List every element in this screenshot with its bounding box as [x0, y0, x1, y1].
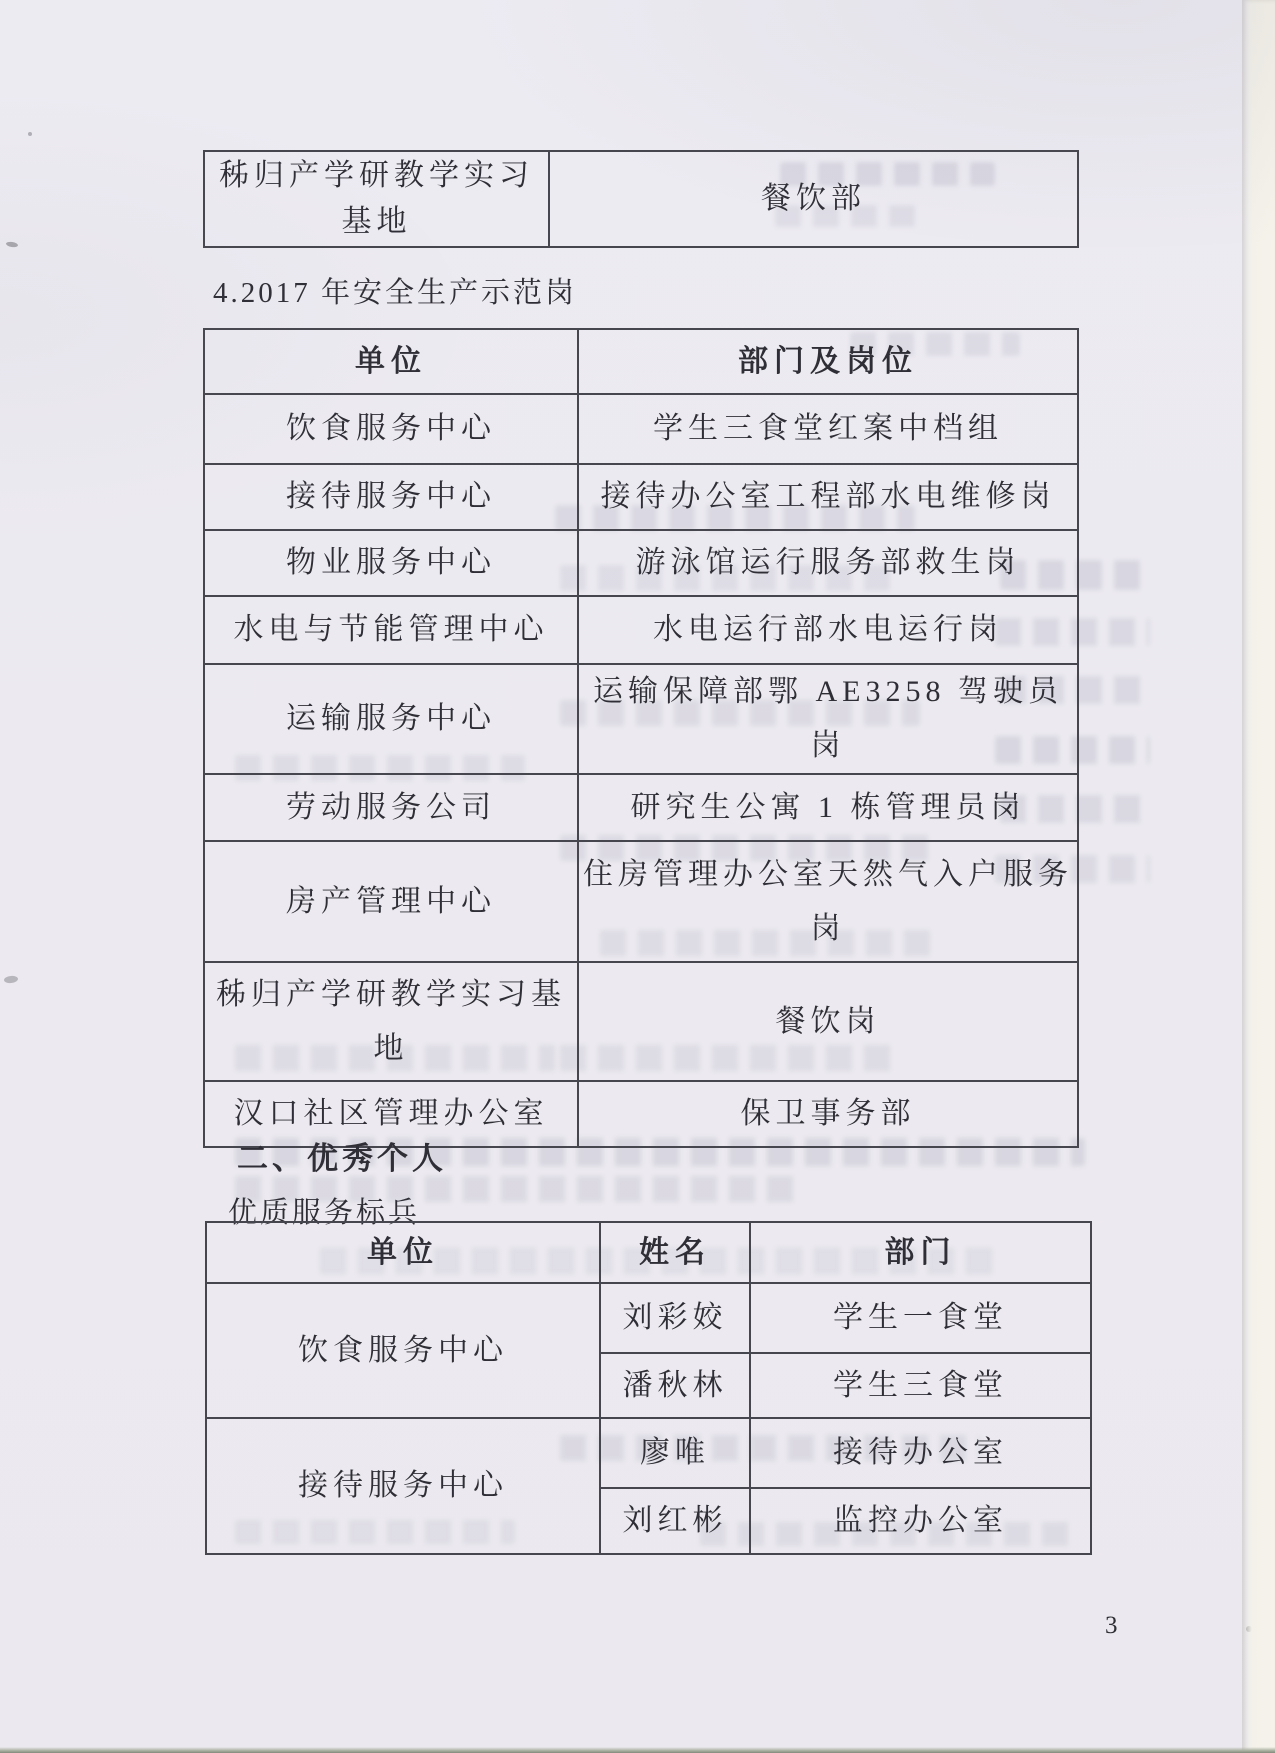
table-row: 物业服务中心 游泳馆运行服务部救生岗	[204, 530, 1078, 596]
dept-cell: 研究生公寓 1 栋管理员岗	[578, 774, 1078, 841]
dept-cell: 餐饮岗	[578, 962, 1078, 1081]
scan-speck	[4, 975, 19, 983]
unit-cell: 饮食服务中心	[206, 1283, 600, 1418]
table-row: 水电与节能管理中心 水电运行部水电运行岗	[204, 596, 1078, 664]
unit-cell: 水电与节能管理中心	[204, 596, 578, 664]
name-cell: 潘秋林	[600, 1353, 750, 1418]
table-row: 秭归产学研教学实习基 地 餐饮岗	[204, 962, 1078, 1081]
dept-cell: 接待办公室	[750, 1418, 1091, 1488]
dept-cell: 住房管理办公室天然气入户服务 岗	[578, 841, 1078, 962]
service-model-table: 单位 姓名 部门 饮食服务中心 刘彩姣 学生一食堂 潘秋林 学生三食堂 接待服务…	[205, 1221, 1092, 1555]
page-number: 3	[1105, 1612, 1119, 1640]
scan-edge-bottom	[0, 1747, 1275, 1753]
column-header-unit: 单位	[204, 329, 578, 394]
name-cell: 廖唯	[600, 1418, 750, 1488]
carryover-table: 秭归产学研教学实习 基地 餐饮部	[203, 150, 1079, 248]
table-row: 饮食服务中心 刘彩姣 学生一食堂	[206, 1283, 1091, 1353]
safety-demo-table: 单位 部门及岗位 饮食服务中心 学生三食堂红案中档组 接待服务中心 接待办公室工…	[203, 328, 1079, 1148]
table-row: 房产管理中心 住房管理办公室天然气入户服务 岗	[204, 841, 1078, 962]
unit-cell: 劳动服务公司	[204, 774, 578, 841]
table-row: 劳动服务公司 研究生公寓 1 栋管理员岗	[204, 774, 1078, 841]
table-row: 饮食服务中心 学生三食堂红案中档组	[204, 394, 1078, 464]
table-header-row: 单位 部门及岗位	[204, 329, 1078, 394]
dept-cell: 学生一食堂	[750, 1283, 1091, 1353]
column-header-dept: 部门及岗位	[578, 329, 1078, 394]
name-cell: 刘红彬	[600, 1488, 750, 1554]
table-row: 秭归产学研教学实习 基地 餐饮部	[204, 151, 1078, 247]
section2-heading: 二、优秀个人	[237, 1133, 447, 1178]
unit-cell: 秭归产学研教学实习 基地	[204, 151, 549, 247]
table-header-row: 单位 姓名 部门	[206, 1222, 1091, 1283]
table-row: 接待服务中心 接待办公室工程部水电维修岗	[204, 464, 1078, 530]
dept-cell: 餐饮部	[549, 151, 1078, 247]
scan-speck	[6, 241, 19, 248]
unit-cell: 饮食服务中心	[204, 394, 578, 464]
column-header-dept: 部门	[750, 1222, 1091, 1283]
dept-cell: 运输保障部鄂 AE3258 驾驶员岗	[578, 664, 1078, 774]
column-header-unit: 单位	[206, 1222, 600, 1283]
unit-cell: 接待服务中心	[206, 1418, 600, 1554]
section4-heading: 4.2017 年安全生产示范岗	[213, 270, 577, 311]
unit-cell: 接待服务中心	[204, 464, 578, 530]
column-header-name: 姓名	[600, 1222, 750, 1283]
scan-speck	[28, 132, 32, 136]
dept-cell: 学生三食堂	[750, 1353, 1091, 1418]
dept-cell: 学生三食堂红案中档组	[578, 394, 1078, 464]
unit-cell: 秭归产学研教学实习基 地	[204, 962, 578, 1081]
unit-cell: 物业服务中心	[204, 530, 578, 596]
dept-cell: 游泳馆运行服务部救生岗	[578, 530, 1078, 596]
dept-cell: 监控办公室	[750, 1488, 1091, 1554]
scan-edge-right	[1242, 0, 1275, 1753]
table-row: 接待服务中心 廖唯 接待办公室	[206, 1418, 1091, 1488]
name-cell: 刘彩姣	[600, 1283, 750, 1353]
dept-cell: 接待办公室工程部水电维修岗	[578, 464, 1078, 530]
unit-cell: 房产管理中心	[204, 841, 578, 962]
unit-cell: 运输服务中心	[204, 664, 578, 774]
table-row: 运输服务中心 运输保障部鄂 AE3258 驾驶员岗	[204, 664, 1078, 774]
scanned-document-page: 秭归产学研教学实习 基地 餐饮部 4.2017 年安全生产示范岗 单位 部门及岗…	[0, 0, 1275, 1753]
dept-cell: 水电运行部水电运行岗	[578, 596, 1078, 664]
dept-cell: 保卫事务部	[578, 1081, 1078, 1147]
